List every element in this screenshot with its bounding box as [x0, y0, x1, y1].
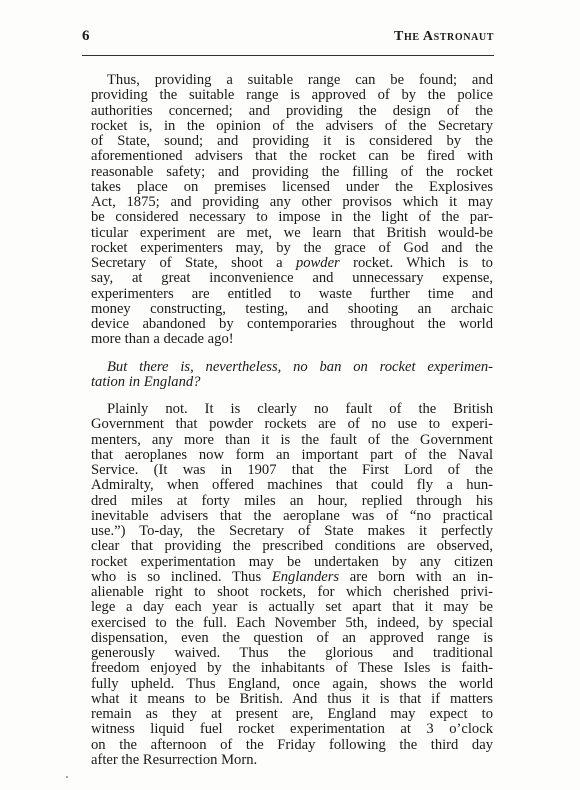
text-line: dred miles at forty miles an hour, repli… — [91, 494, 493, 509]
scan-speck — [66, 776, 68, 778]
text-line: rocket is, in the opinion of the adviser… — [91, 119, 493, 134]
text-line: authorities concerned; and providing the… — [91, 104, 493, 119]
text-line: witness liquid fuel rocket experimentati… — [91, 722, 493, 737]
text-line: more than a decade ago! — [91, 332, 493, 347]
body-paragraph: Thus, providing a suitable range can be … — [91, 73, 493, 348]
text-line: generously waived. Thus the glorious and… — [91, 646, 493, 661]
body-paragraph: Plainly not. It is clearly no fault of t… — [91, 402, 493, 768]
text-line: use.”) To-day, the Secretary of State ma… — [91, 524, 493, 539]
text-line: fully upheld. Thus England, once again, … — [91, 677, 493, 692]
text-line: But there is, nevertheless, no ban on ro… — [91, 360, 493, 375]
text-line: dispensation, even the question of an ap… — [91, 631, 493, 646]
text-line: aforementioned advisers that the rocket … — [91, 149, 493, 164]
text-line: providing the suitable range is approved… — [91, 88, 493, 103]
text-line: freedom enjoyed by the inhabitants of Th… — [91, 661, 493, 676]
text-line: menters, any more than it is the fault o… — [91, 433, 493, 448]
text-line: device abandoned by contemporaries throu… — [91, 317, 493, 332]
text-line: Government that powder rockets are of no… — [91, 417, 493, 432]
text-line: alienable right to shoot rockets, for wh… — [91, 585, 493, 600]
running-header: 6 The Astronaut — [82, 28, 494, 48]
text-line: on the afternoon of the Friday following… — [91, 738, 493, 753]
text-line: Act, 1875; and providing any other provi… — [91, 195, 493, 210]
text-line: be considered necessary to impose in the… — [91, 210, 493, 225]
text-line: say, at great inconvenience and unnecess… — [91, 271, 493, 286]
page-number: 6 — [82, 28, 90, 45]
emphasis: Englanders — [272, 569, 339, 585]
text-line: after the Resurrection Morn. — [91, 753, 493, 768]
text-line: remain as they at present are, England m… — [91, 707, 493, 722]
text-line: ticular experiment are met, we learn tha… — [91, 226, 493, 241]
text-line: inevitable advisers that the aeroplane w… — [91, 509, 493, 524]
running-title: The Astronaut — [394, 29, 494, 45]
text-line: Secretary of State, shoot a powder rocke… — [91, 256, 493, 271]
text-line: that aeroplanes now form an important pa… — [91, 448, 493, 463]
text-line: tation in England? — [91, 375, 493, 390]
text-line: of State, sound; and providing it is con… — [91, 134, 493, 149]
text-line: clear that providing the prescribed cond… — [91, 539, 493, 554]
document-page: 6 The Astronaut Thus, providing a suitab… — [0, 0, 580, 790]
text-line: Plainly not. It is clearly no fault of t… — [91, 402, 493, 417]
header-rule — [82, 55, 494, 56]
text-line: Admiralty, when offered machines that co… — [91, 478, 493, 493]
text-line: rocket experimenters may, by the grace o… — [91, 241, 493, 256]
text-line: what it means to be British. And thus it… — [91, 692, 493, 707]
article-body: Thus, providing a suitable range can be … — [91, 73, 493, 768]
text-line: takes place on premises licensed under t… — [91, 180, 493, 195]
text-line: reasonable safety; and providing the fil… — [91, 165, 493, 180]
question-paragraph: But there is, nevertheless, no ban on ro… — [91, 360, 493, 391]
text-line: Service. (It was in 1907 that the First … — [91, 463, 493, 478]
text-line: Thus, providing a suitable range can be … — [91, 73, 493, 88]
text-line: exercised to the full. Each November 5th… — [91, 616, 493, 631]
text-line: experimenters are entitled to waste furt… — [91, 287, 493, 302]
emphasis: powder — [296, 255, 340, 271]
text-line: rocket experimentation may be undertaken… — [91, 555, 493, 570]
text-line: who is so inclined. Thus Englanders are … — [91, 570, 493, 585]
text-line: lege a day each year is actually set apa… — [91, 600, 493, 615]
text-line: money constructing, testing, and shootin… — [91, 302, 493, 317]
